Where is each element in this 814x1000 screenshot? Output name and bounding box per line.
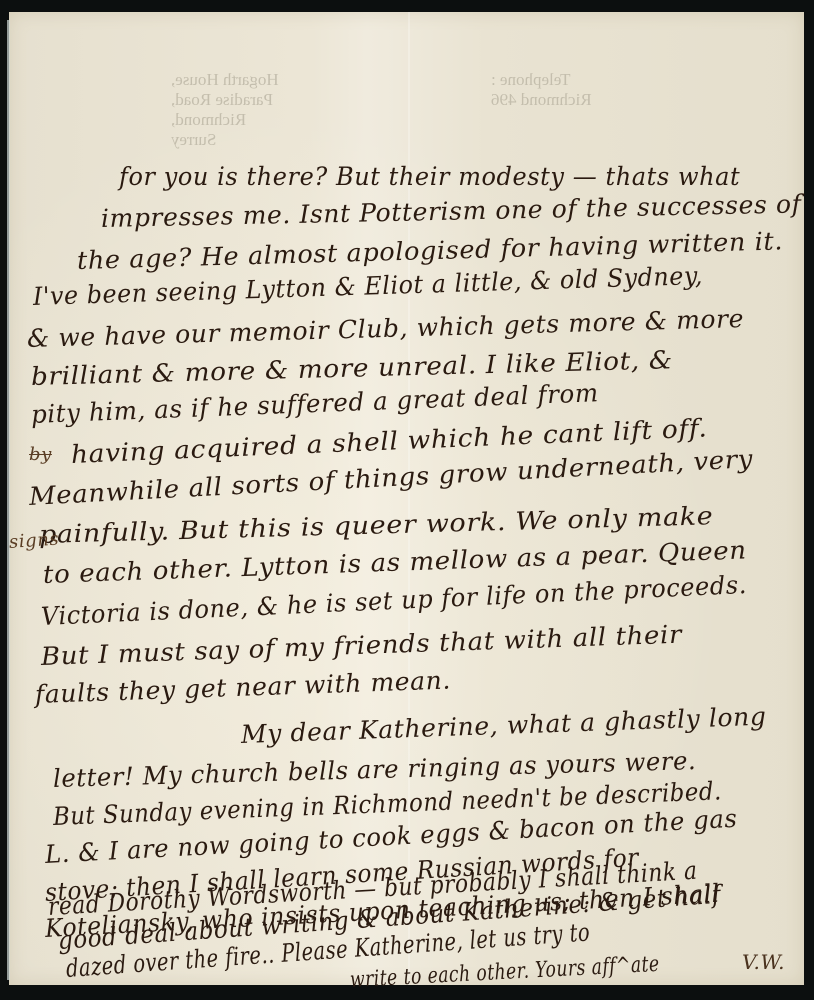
letterhead-line: Paradise Road,: [171, 90, 341, 110]
letter-page: Hogarth House, Paradise Road, Richmond, …: [9, 12, 804, 985]
letterhead-line: Surrey: [171, 130, 341, 150]
letterhead-telephone: Telephone : Richmond 496: [491, 70, 641, 110]
letterhead-line: Hogarth House,: [171, 70, 341, 90]
struck-out-word: by: [29, 444, 52, 465]
letter-line: faults they get near with mean.: [34, 665, 451, 709]
letterhead-line: Richmond 496: [491, 90, 641, 110]
letterhead-line: Richmond,: [171, 110, 341, 130]
marginal-insertion: signs: [8, 529, 60, 553]
letter-line: impresses me. Isnt Potterism one of the …: [101, 189, 802, 233]
signature: V.W.: [742, 950, 785, 974]
letter-line: for you is there? But their modesty — th…: [119, 162, 740, 191]
letter-line: My dear Katherine, what a ghastly long: [240, 702, 766, 749]
letterhead-address: Hogarth House, Paradise Road, Richmond, …: [171, 70, 341, 150]
letter-line: But I must say of my friends that with a…: [40, 620, 682, 671]
letterhead-line: Telephone :: [491, 70, 641, 90]
